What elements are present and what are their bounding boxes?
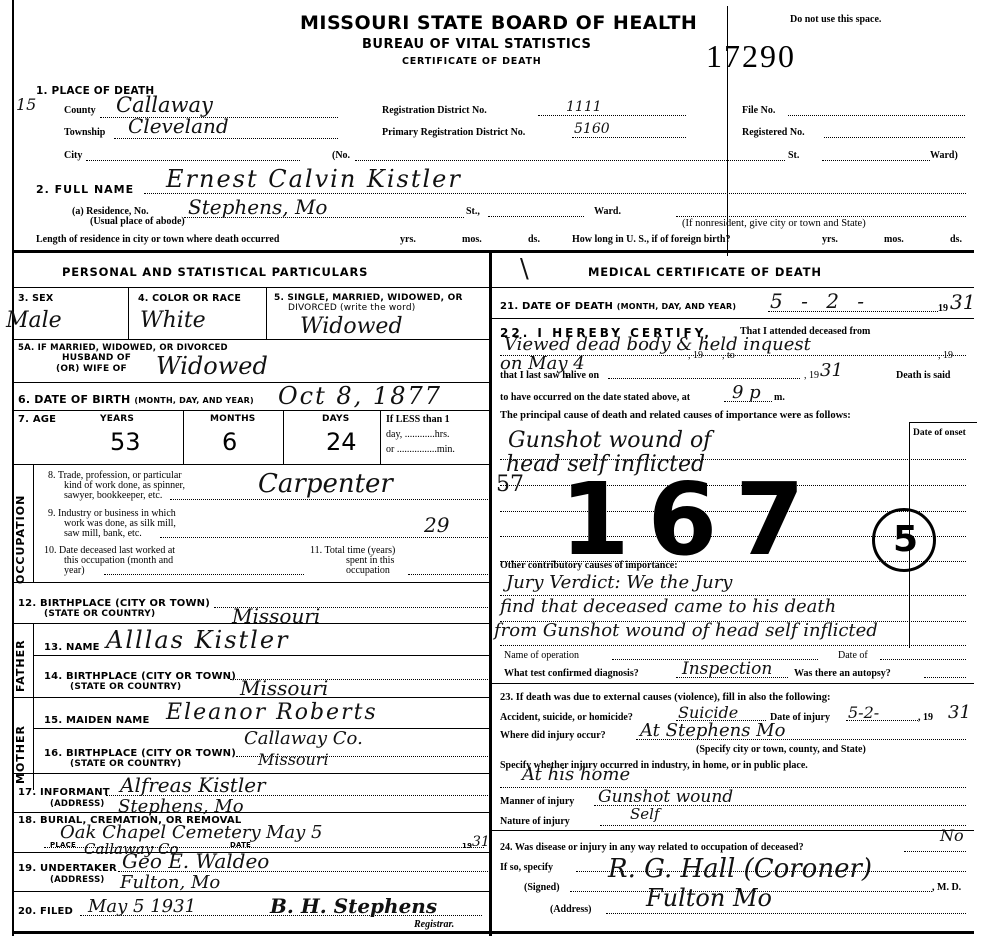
spouse-label-3: (OR) WIFE OF (56, 364, 127, 374)
primary-reg-district-field[interactable]: 5160 (572, 124, 686, 138)
rule (33, 623, 34, 790)
primary-reg-district-label: Primary Registration District No. (382, 127, 525, 138)
foreign-yrs-label: yrs. (822, 234, 838, 245)
personal-section-title: PERSONAL AND STATISTICAL PARTICULARS (62, 265, 368, 279)
city-label: City (64, 150, 82, 161)
birthplace-value: Missouri (232, 604, 320, 628)
margin-mark-57: 57 (496, 472, 524, 497)
attended-to: , to (722, 350, 735, 361)
nature-value: Self (630, 805, 660, 823)
rule (12, 812, 489, 813)
rule (12, 339, 489, 340)
date-of-death-label-text: 21. DATE OF DEATH (500, 301, 613, 312)
rule (492, 287, 974, 288)
other-causes-label: Other contributory causes of importance: (500, 560, 678, 571)
reg-district-label: Registration District No. (382, 105, 487, 116)
manner-label: Manner of injury (500, 796, 574, 807)
dob-label: 6. DATE OF BIRTH (MONTH, DAY, AND YEAR) (18, 393, 254, 406)
test-label: What test confirmed diagnosis? (504, 668, 639, 679)
mother-birthplace-state: Missouri (258, 750, 329, 769)
rule (128, 287, 129, 339)
residence-st-label: St., (466, 206, 480, 217)
birthplace-label-1: 12. BIRTHPLACE (CITY OR TOWN) (18, 598, 210, 609)
total-time-field[interactable] (408, 564, 488, 575)
residence-field[interactable]: Stephens, Mo (184, 204, 464, 218)
full-name-value: Ernest Calvin Kistler (166, 165, 462, 193)
months-label: MONTHS (210, 414, 256, 424)
autopsy-field[interactable] (924, 667, 966, 678)
rule (12, 582, 489, 583)
address-value: Fulton Mo (646, 884, 772, 912)
undertaker-label: 19. UNDERTAKER (18, 863, 117, 874)
father-name-value: Alllas Kistler (106, 626, 290, 654)
burial-date-value: May 5 (266, 822, 323, 843)
residence-ward-label: Ward. (594, 206, 621, 217)
rule (33, 464, 34, 582)
where-label: Where did injury occur? (500, 730, 606, 741)
rule (12, 287, 489, 288)
trade-value: Carpenter (258, 469, 393, 499)
length-mos-label: mos. (462, 234, 482, 245)
mother-birthplace-label-1: 16. BIRTHPLACE (CITY OR TOWN) (44, 748, 236, 759)
occupation-related-value: No (940, 826, 964, 845)
header-divider (12, 250, 974, 253)
reg-district-field[interactable]: 1111 (538, 102, 686, 116)
mother-birthplace-city: Callaway Co. (244, 728, 363, 749)
date-of-injury-year-value: 31 (948, 702, 971, 723)
street-st-label: St. (788, 150, 799, 161)
file-no-field[interactable] (788, 103, 965, 116)
township-value: Cleveland (128, 114, 229, 138)
informant-field[interactable]: Alfreas Kistler (106, 784, 488, 796)
sex-label: 3. SEX (18, 293, 53, 304)
other-cause-line-2: find that deceased came to his death (500, 596, 836, 617)
trade-label-3: sawyer, bookkeeper, etc. (64, 490, 162, 501)
date-of-death-field[interactable]: 5 - 2 - (768, 299, 938, 312)
mother-birthplace-label-2: (STATE OR COUNTRY) (70, 759, 181, 769)
date-of-death-sub-label: (MONTH, DAY, AND YEAR) (617, 302, 736, 311)
last-saw-value: on May 4 (500, 353, 585, 374)
county-label: County (64, 105, 96, 116)
occupation-related-label: 24. Was disease or injury in any way rel… (500, 842, 804, 853)
length-yrs-label: yrs. (400, 234, 416, 245)
informant-address-value: Stephens, Mo (118, 796, 244, 817)
mother-name-label: 15. MAIDEN NAME (44, 715, 149, 726)
less-than-label-3: or ................min. (386, 444, 455, 455)
last-saw-field[interactable] (608, 366, 800, 379)
rule (33, 655, 489, 656)
industry-field[interactable]: 29 (160, 526, 488, 538)
filed-label: 20. FILED (18, 906, 73, 917)
residence-ward-field[interactable] (488, 204, 584, 217)
length-residence-label: Length of residence in city or town wher… (36, 234, 279, 245)
ward-field[interactable] (822, 148, 930, 161)
rule (266, 287, 267, 339)
rule (283, 410, 284, 465)
burial-year-prefix: 19 (462, 842, 472, 850)
township-field[interactable]: Cleveland (114, 124, 338, 139)
where-value: At Stephens Mo (640, 720, 785, 741)
marital-label-1: 5. SINGLE, MARRIED, WIDOWED, OR (274, 293, 463, 303)
street-no-label: (No. (332, 150, 350, 161)
years-value: 53 (110, 428, 141, 456)
registrar-value: B. H. Stephens (270, 894, 437, 918)
township-label: Township (64, 127, 105, 138)
spouse-label-2: HUSBAND OF (62, 353, 131, 363)
ward-label: Ward) (930, 150, 958, 161)
test-value: Inspection (682, 659, 772, 679)
manner-q-label: Accident, suicide, or homicide? (500, 712, 633, 723)
date-of-label: Date of (838, 650, 868, 661)
residence-sub-label: (Usual place of abode) (90, 216, 185, 227)
date-of-injury-value: 5-2- (848, 703, 879, 722)
undertaker-field[interactable]: Geo E. Waldeo (118, 860, 488, 872)
signed-label: (Signed) (524, 882, 560, 893)
autopsy-label: Was there an autopsy? (794, 668, 891, 679)
margin-stroke: \ (520, 254, 529, 284)
last-saw-year-value: 31 (820, 360, 843, 381)
signed-value: R. G. Hall (Coroner) (608, 854, 872, 884)
foreign-mos-label: mos. (884, 234, 904, 245)
form-subtitle: BUREAU OF VITAL STATISTICS (362, 37, 591, 52)
attended-year-1: , 19 (688, 350, 703, 361)
years-label: YEARS (100, 414, 134, 424)
marital-label-2: DIVORCED (write the word) (288, 303, 416, 313)
occurred-label: to have occurred on the date stated abov… (500, 392, 690, 403)
rule (12, 697, 489, 698)
undertaker-value: Geo E. Waldeo (122, 849, 269, 873)
last-worked-label-3: year) (64, 565, 85, 576)
rule (492, 683, 974, 684)
age-label: 7. AGE (18, 414, 56, 425)
informant-value: Alfreas Kistler (120, 773, 266, 797)
rule (380, 410, 381, 465)
father-name-label: 13. NAME (44, 642, 100, 653)
rule (492, 318, 974, 319)
registrar-label: Registrar. (414, 919, 454, 930)
date-of-operation-field[interactable] (880, 649, 966, 660)
other-cause-line-1: Jury Verdict: We the Jury (506, 572, 732, 593)
race-value: White (140, 308, 206, 333)
less-than-label-2: day, ............hrs. (386, 429, 450, 440)
full-name-label: 2. FULL NAME (36, 183, 134, 196)
reg-district-value: 1111 (566, 99, 602, 115)
test-field[interactable]: Inspection (676, 667, 788, 678)
rule (12, 623, 489, 624)
death-said-label: Death is said (896, 370, 950, 381)
form-title: MISSOURI STATE BOARD OF HEALTH (300, 12, 697, 34)
cause-label: The principal cause of death and related… (500, 410, 851, 421)
marital-value: Widowed (300, 314, 403, 339)
dob-value: Oct 8, 1877 (278, 382, 442, 410)
father-vertical-label: FATHER (14, 630, 27, 692)
nature-label: Nature of injury (500, 816, 570, 827)
md-label: , M. D. (932, 882, 961, 893)
cause-line-1: Gunshot wound of (508, 428, 711, 453)
registered-no-label: Registered No. (742, 127, 805, 138)
left-border (12, 0, 15, 936)
certificate-number: 17290 (706, 38, 796, 75)
street-field[interactable] (355, 148, 785, 161)
birthplace-label-2: (STATE OR COUNTRY) (44, 609, 155, 619)
m-label: m. (774, 392, 785, 403)
medical-section-title: MEDICAL CERTIFICATE OF DEATH (588, 265, 822, 279)
time-value: 9 p (732, 382, 761, 403)
rule (12, 891, 489, 892)
date-of-injury-year-prefix: , 19 (918, 712, 933, 723)
trade-field[interactable]: Carpenter (170, 486, 488, 500)
last-saw-year-prefix: , 19 (804, 370, 819, 381)
undertaker-address-label: (ADDRESS) (50, 875, 104, 885)
external-causes-label: 23. If death was due to external causes … (500, 692, 830, 703)
attended-value: Viewed dead body & held inquest (504, 334, 811, 355)
other-cause-line-3: from Gunshot wound of head self inflicte… (494, 620, 878, 641)
race-label: 4. COLOR OR RACE (138, 293, 241, 304)
rule (12, 464, 489, 465)
less-than-label-1: If LESS than 1 (386, 414, 450, 425)
informant-label: 17. INFORMANT (18, 787, 110, 798)
nonresident-note: (If nonresident, give city or town and S… (682, 218, 866, 229)
months-value: 6 (222, 428, 237, 456)
mother-name-value: Eleanor Roberts (166, 700, 378, 725)
circled-mark-digit: 5 (893, 519, 918, 560)
sex-value: Male (6, 308, 62, 333)
form-name: CERTIFICATE OF DEATH (402, 56, 542, 67)
date-of-injury-field[interactable]: 5-2- (846, 710, 918, 721)
file-no-label: File No. (742, 105, 775, 116)
rule (492, 830, 974, 831)
residence-value: Stephens, Mo (188, 195, 327, 219)
undertaker-address-value: Fulton, Mo (120, 872, 220, 893)
time-field[interactable]: 9 p (724, 389, 772, 402)
city-field[interactable] (86, 148, 300, 161)
nonresident-field[interactable] (676, 204, 966, 217)
burial-year-value: 31 (472, 834, 490, 850)
circled-mark: 5 (872, 508, 936, 572)
if-so-label: If so, specify (500, 862, 553, 873)
stamp-number: 167 (560, 470, 823, 570)
days-value: 24 (326, 428, 357, 456)
attended-year-2: , 19 (938, 350, 953, 361)
registered-no-field[interactable] (824, 125, 965, 138)
nature-field[interactable]: Self (600, 815, 966, 826)
margin-mark: 15 (16, 95, 36, 114)
where-note: (Specify city or town, county, and State… (696, 744, 866, 755)
last-worked-field[interactable] (104, 564, 304, 575)
rule (183, 410, 184, 465)
spouse-value: Widowed (156, 352, 268, 380)
days-label: DAYS (322, 414, 349, 424)
foreign-birth-label: How long in U. S., if of foreign birth? (572, 234, 730, 245)
office-note: Do not use this space. (790, 14, 881, 25)
specify-whether-value: At his home (522, 764, 630, 785)
date-of-death-year-value: 31 (950, 290, 975, 314)
manner-value: Gunshot wound (598, 787, 733, 807)
industry-label-3: saw mill, bank, etc. (64, 528, 142, 539)
filed-value: May 5 1931 (88, 896, 196, 917)
where-field[interactable]: At Stephens Mo (636, 729, 966, 740)
date-of-death-year-prefix: 19 (938, 303, 948, 314)
length-ds-label: ds. (528, 234, 540, 245)
occupation-vertical-label: OCCUPATION (14, 474, 27, 584)
foreign-ds-label: ds. (950, 234, 962, 245)
date-of-death-value: 5 - 2 - (770, 289, 870, 313)
informant-address-label: (ADDRESS) (50, 799, 104, 809)
footer-rule (12, 931, 974, 934)
address-label: (Address) (550, 904, 591, 915)
full-name-field[interactable]: Ernest Calvin Kistler (144, 176, 966, 194)
date-of-onset-label: Date of onset (913, 428, 966, 438)
rule (12, 410, 489, 411)
mother-vertical-label: MOTHER (14, 704, 27, 784)
date-of-death-label: 21. DATE OF DEATH (MONTH, DAY, AND YEAR) (500, 301, 736, 312)
total-time-label-3: occupation (346, 565, 390, 576)
primary-reg-district-value: 5160 (574, 121, 610, 137)
operation-label: Name of operation (504, 650, 579, 661)
burial-date-label: DATE (230, 841, 251, 849)
dob-label-text: 6. DATE OF BIRTH (18, 393, 130, 406)
father-birthplace-label-1: 14. BIRTHPLACE (CITY OR TOWN) (44, 671, 236, 682)
father-birthplace-label-2: (STATE OR COUNTRY) (70, 682, 181, 692)
industry-value: 29 (424, 513, 449, 537)
dob-sub-label: (MONTH, DAY, AND YEAR) (134, 396, 253, 405)
